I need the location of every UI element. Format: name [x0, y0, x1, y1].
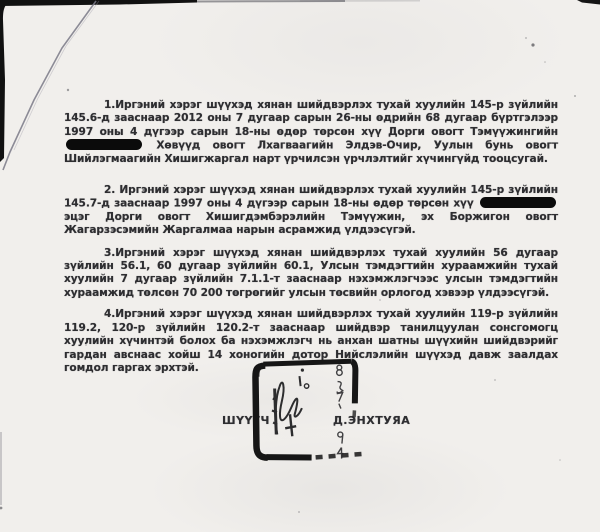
scan-edge-left [0, 0, 10, 162]
decision-paragraph: 4.Иргэний хэрэг шүүхэд хянан шийдвэрлэх … [64, 308, 558, 375]
scanned-court-decision-page: 1.Иргэний хэрэг шүүхэд хянан шийдвэрлэх … [0, 0, 600, 532]
scan-edge-top-right [577, 0, 600, 5]
redaction-bar [66, 139, 142, 150]
decision-text-segment: 3.Иргэний хэрэг шүүхэд хянан шийдвэрлэх … [64, 247, 558, 299]
decision-paragraph: 1.Иргэний хэрэг шүүхэд хянан шийдвэрлэх … [64, 99, 558, 167]
judge-role-label: ШҮҮГЧ [222, 414, 270, 427]
stamp-inner-glyphs [336, 365, 343, 458]
decision-paragraph: 3.Иргэний хэрэг шүүхэд хянан шийдвэрлэх … [64, 247, 558, 301]
decision-text-segment: 4.Иргэний хэрэг шүүхэд хянан шийдвэрлэх … [64, 308, 558, 374]
decision-paragraph: 2. Иргэний хэрэг шүүхэд хянан шийдвэрлэх… [64, 184, 558, 238]
decision-text-segment: 1.Иргэний хэрэг шүүхэд хянан шийдвэрлэх … [64, 99, 558, 138]
decision-text-segment: эцэг Дорги овогт Хишигдэмбэрэлийн Тэмүүж… [64, 211, 558, 236]
signature-row: ШҮҮГЧ Д.ЭНХТУЯА [0, 414, 600, 430]
decision-body: 1.Иргэний хэрэг шүүхэд хянан шийдвэрлэх … [64, 99, 558, 375]
scan-edge-top [0, 0, 197, 6]
redaction-bar [480, 197, 556, 208]
judge-name: Д.ЭНХТУЯА [333, 414, 410, 427]
